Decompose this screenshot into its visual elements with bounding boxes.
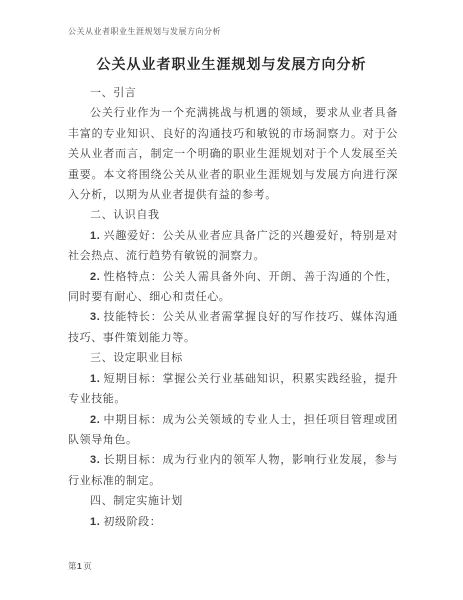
numbered-item: 1.兴趣爱好：公关从业者应具备广泛的兴趣爱好，特别是对社会热点、流行趋势有敏锐的… bbox=[68, 226, 398, 267]
item-number: 3. bbox=[90, 311, 100, 323]
item-number: 3. bbox=[90, 454, 100, 466]
numbered-item: 2.中期目标：成为公关领域的专业人士，担任项目管理或团队领导角色。 bbox=[68, 410, 398, 451]
item-text: 长期目标：成为行业内的领军人物，影响行业发展，参与行业标准的制定。 bbox=[68, 454, 398, 486]
item-text: 技能特长：公关从业者需掌握良好的写作技巧、媒体沟通技巧、事件策划能力等。 bbox=[68, 311, 398, 343]
item-number: 1. bbox=[90, 230, 100, 242]
numbered-item: 1.初级阶段： bbox=[68, 512, 398, 532]
numbered-item: 1.短期目标：掌握公关行业基础知识，积累实践经验，提升专业技能。 bbox=[68, 369, 398, 410]
item-number: 1. bbox=[90, 516, 100, 528]
section-heading: 三、设定职业目标 bbox=[68, 348, 398, 368]
numbered-item: 3.长期目标：成为行业内的领军人物，影响行业发展，参与行业标准的制定。 bbox=[68, 450, 398, 491]
document-body: 一、引言 公关行业作为一个充满挑战与机遇的领域，要求从业者具备丰富的专业知识、良… bbox=[68, 83, 398, 532]
section-heading: 四、制定实施计划 bbox=[68, 491, 398, 511]
numbered-item: 3.技能特长：公关从业者需掌握良好的写作技巧、媒体沟通技巧、事件策划能力等。 bbox=[68, 307, 398, 348]
section-heading: 二、认识自我 bbox=[68, 205, 398, 225]
page-footer: 第1页 bbox=[68, 560, 92, 572]
section-heading: 一、引言 bbox=[68, 83, 398, 103]
footer-prefix: 第 bbox=[68, 561, 77, 571]
page-header: 公关从业者职业生涯规划与发展方向分析 bbox=[68, 26, 397, 37]
item-number: 1. bbox=[90, 373, 100, 385]
page-number: 1 bbox=[77, 561, 82, 571]
item-text: 兴趣爱好：公关从业者应具备广泛的兴趣爱好，特别是对社会热点、流行趋势有敏锐的洞察… bbox=[68, 230, 398, 262]
header-text: 公关从业者职业生涯规划与发展方向分析 bbox=[68, 27, 221, 36]
page-title: 公关从业者职业生涯规划与发展方向分析 bbox=[40, 54, 423, 74]
item-number: 2. bbox=[90, 414, 100, 426]
paragraph: 公关行业作为一个充满挑战与机遇的领域，要求从业者具备丰富的专业知识、良好的沟通技… bbox=[68, 103, 398, 205]
numbered-item: 2.性格特点：公关人需具备外向、开朗、善于沟通的个性，同时要有耐心、细心和责任心… bbox=[68, 267, 398, 308]
footer-suffix: 页 bbox=[83, 561, 92, 571]
item-text: 中期目标：成为公关领域的专业人士，担任项目管理或团队领导角色。 bbox=[68, 414, 398, 446]
document-page: 公关从业者职业生涯规划与发展方向分析 公关从业者职业生涯规划与发展方向分析 一、… bbox=[0, 0, 463, 600]
item-text: 初级阶段： bbox=[103, 516, 161, 528]
item-text: 性格特点：公关人需具备外向、开朗、善于沟通的个性，同时要有耐心、细心和责任心。 bbox=[68, 271, 398, 303]
item-number: 2. bbox=[90, 271, 100, 283]
item-text: 短期目标：掌握公关行业基础知识，积累实践经验，提升专业技能。 bbox=[68, 373, 398, 405]
